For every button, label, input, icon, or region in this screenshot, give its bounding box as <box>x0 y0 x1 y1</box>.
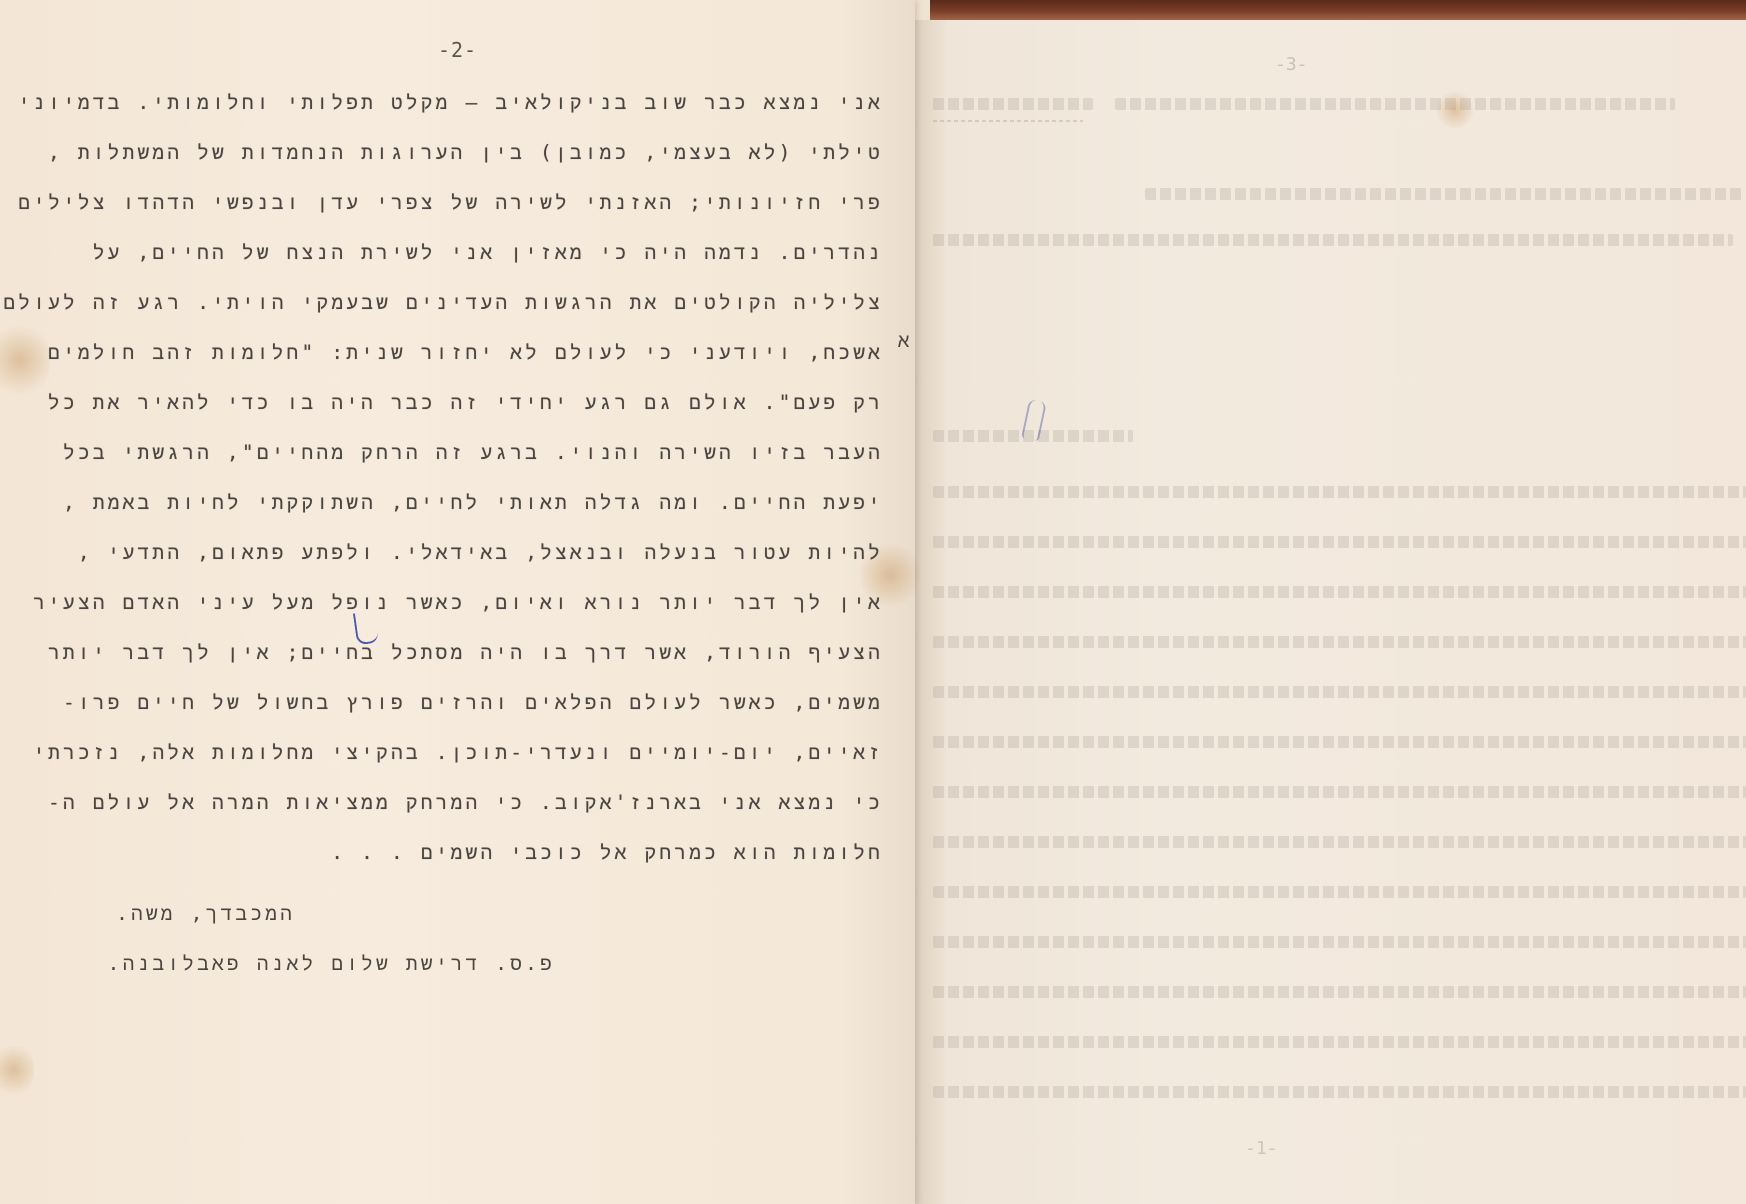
bleed-underline <box>933 120 1083 122</box>
text-line: צליליה הקולטים את הרגשות העדינים שבעמקי … <box>23 278 883 328</box>
booklet-spread: -3- -1- -2- אני נמצא כבר שוב בניקולאיב –… <box>0 0 1746 1204</box>
bleed-line <box>933 636 1746 648</box>
bleed-line <box>933 536 1746 548</box>
text-line: טילתי (לא בעצמי, כמובן) בין הערוגות הנחמ… <box>23 128 883 178</box>
right-page-number: -3- <box>1275 54 1308 75</box>
letter-body: אני נמצא כבר שוב בניקולאיב – מקלט תפלותי… <box>23 78 883 878</box>
bleed-line <box>933 486 1746 498</box>
bleed-line <box>1115 98 1675 110</box>
bleed-line <box>933 986 1746 998</box>
text-line: אשכח, ויודעני כי לעולם לא יחזור שנית: "ח… <box>23 328 883 378</box>
text-line: רק פעם". אולם גם רגע יחידי זה כבר היה בו… <box>23 378 883 428</box>
signature: המכבדך, משה. <box>116 902 295 926</box>
bleed-line <box>933 936 1746 948</box>
postscript: פ.ס. דרישת שלום לאנה פאבלובנה. <box>108 952 555 976</box>
bleed-line <box>933 586 1746 598</box>
binding-edge <box>930 0 1746 20</box>
text-line: אין לך דבר יותר נורא ואיום, כאשר נופל מע… <box>23 578 883 628</box>
right-page: -3- -1- <box>915 20 1746 1204</box>
text-line: העבר בזיו השירה והנוי. ברגע זה הרחק מהחי… <box>23 428 883 478</box>
text-line: כי נמצא אני בארנז'אקוב. כי המרחק ממציאות… <box>23 778 883 828</box>
bleed-line <box>1145 188 1745 200</box>
text-line: אני נמצא כבר שוב בניקולאיב – מקלט תפלותי… <box>23 78 883 128</box>
bleed-line <box>933 836 1746 848</box>
text-line: פרי חזיונותי; האזנתי לשירה של צפרי עדן ו… <box>23 178 883 228</box>
text-line: להיות עטור בנעלה ובנאצל, באידאלי. ולפתע … <box>23 528 883 578</box>
bleed-line <box>933 234 1733 246</box>
bleed-line <box>933 786 1746 798</box>
text-line: יפעת החיים. ומה גדלה תאותי לחיים, השתוקק… <box>23 478 883 528</box>
text-line: משמים, כאשר לעולם הפלאים והרזים פורץ בחש… <box>23 678 883 728</box>
bleed-line <box>933 686 1746 698</box>
text-line: זאיים, יום-יומיים ונעדרי-תוכן. בהקיצי מח… <box>23 728 883 778</box>
handwritten-correction-mark <box>353 611 379 646</box>
bleed-line <box>933 1036 1746 1048</box>
bleed-line <box>933 736 1746 748</box>
left-page: -2- אני נמצא כבר שוב בניקולאיב – מקלט תפ… <box>0 0 915 1204</box>
margin-annotation: א <box>898 330 909 353</box>
paper-stain <box>1435 90 1475 130</box>
text-line: נהדרים. נדמה היה כי מאזין אני לשירת הנצח… <box>23 228 883 278</box>
bleed-line <box>933 1086 1746 1098</box>
paper-stain <box>0 1040 34 1100</box>
text-line: חלומות הוא כמרחק אל כוכבי השמים . . . <box>23 828 883 878</box>
bleed-line <box>933 98 1093 110</box>
right-page-bottom-number: -1- <box>1245 1138 1278 1159</box>
text-line: הצעיף הורוד, אשר דרך בו היה מסתכל בחיים;… <box>23 628 883 678</box>
page-number: -2- <box>0 38 915 62</box>
bleed-line <box>933 886 1746 898</box>
